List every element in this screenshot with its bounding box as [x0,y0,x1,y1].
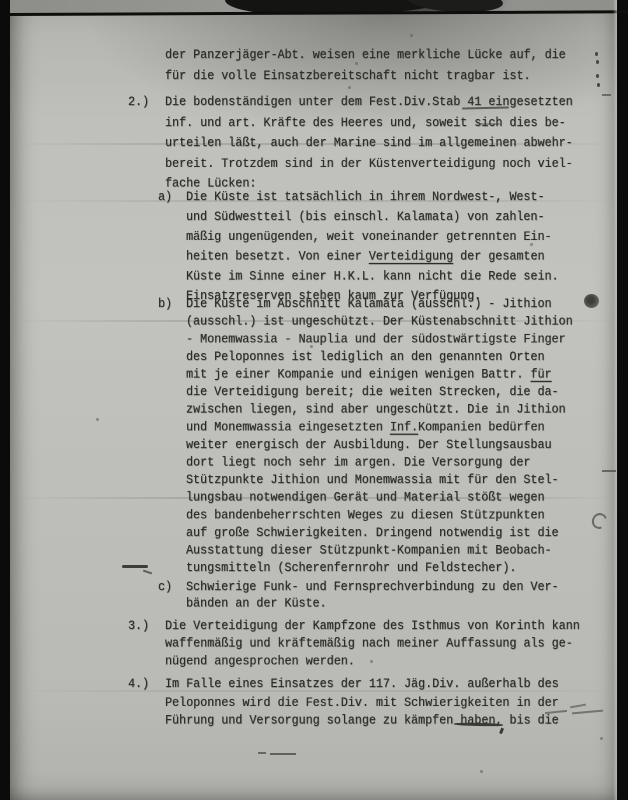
dust-speck [480,770,483,773]
item-2c-text: Schwierige Funk- und Fernsprechverbindun… [186,579,559,611]
hand-comma-mark [499,728,504,735]
dust-speck [96,418,99,421]
pencil-mark-sich [477,123,500,125]
stain-ring [589,511,609,532]
pencil-dash-left-margin [122,565,148,568]
intro-paragraph: der Panzerjäger-Abt. weisen eine merklic… [165,45,566,87]
pencil-scribble [570,704,586,709]
page-right-edge-highlight [613,0,617,800]
bottom-center-dash [258,752,266,754]
dust-speck [355,62,358,65]
item-4-number: 4.) [128,675,149,693]
dust-speck [530,243,533,246]
document-scan: der Panzerjäger-Abt. weisen eine merklic… [0,0,628,800]
pencil-dash-right-margin [602,94,611,96]
item-2-text: Die bodenständigen unter dem Fest.Div.St… [165,92,573,194]
item-2c-letter: c) [158,579,172,595]
item-2b-letter: b) [158,295,172,313]
dust-speck [370,660,373,663]
pencil-dots-mark [595,52,598,56]
paper-page: der Panzerjäger-Abt. weisen eine merklic… [10,0,617,800]
item-2b-text: Die Küste im Abschnitt Kalamata (ausschl… [186,295,573,577]
item-2-number: 2.) [128,92,149,112]
item-4-text: Im Falle eines Einsatzes der 117. Jäg.Di… [165,675,559,730]
dust-speck [310,345,313,348]
item-3-number: 3.) [128,617,149,635]
pencil-dots-mark [596,74,599,78]
pencil-scribble [572,710,603,714]
bottom-center-dash [270,753,296,755]
ink-stain-blob [584,294,599,308]
dust-speck [348,86,351,89]
dust-speck [600,737,603,740]
item-2a-letter: a) [158,187,172,207]
pencil-dash-right-margin [602,470,616,472]
pencil-tick-left-margin [143,570,152,575]
dust-speck [410,34,413,37]
item-2a-text: Die Küste ist tatsächlich in ihrem Nordw… [186,187,559,306]
